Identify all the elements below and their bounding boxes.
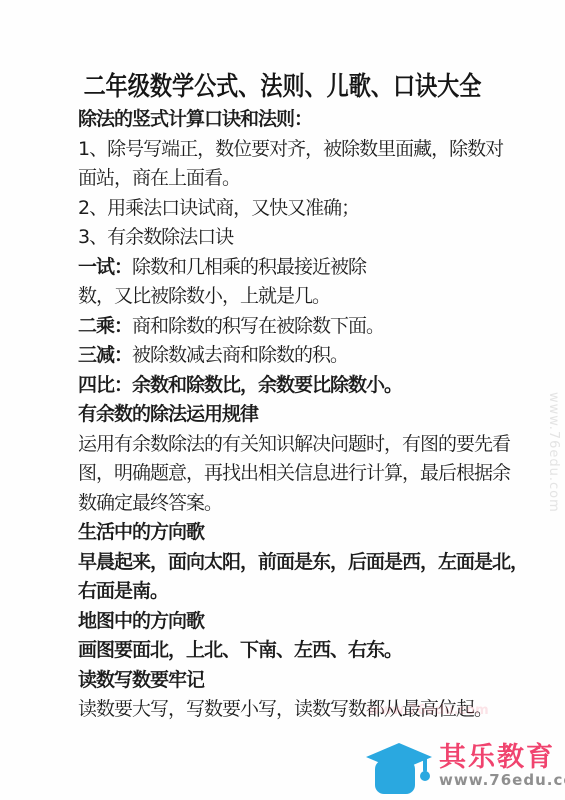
line-lead: 二乘：: [78, 315, 132, 337]
line-text: 数，又比被除数小，上就是几。: [78, 285, 330, 307]
text-line: 四比：余数和除数比，余数要比除数小。: [78, 371, 548, 401]
line-text: 数确定最终答案。: [78, 492, 222, 514]
text-line: 一试：除数和几相乘的积最接近被除: [78, 253, 548, 283]
line-text: 图，明确题意，再找出相关信息进行计算，最后根据余: [78, 462, 510, 484]
graduation-cap-icon: [363, 740, 435, 798]
line-text: 读数写数要牢记: [78, 669, 204, 691]
text-line: 生活中的方向歌: [78, 518, 548, 548]
text-line: 3、有余数除法口诀: [78, 223, 548, 253]
brand-text: 其乐教育 www.76edu.com: [439, 740, 565, 789]
text-line: 有余数的除法运用规律: [78, 400, 548, 430]
line-text: 3、有余数除法口诀: [78, 226, 233, 248]
page-title: 二年级数学公式、法则、儿歌、口诀大全: [42, 66, 522, 103]
side-watermark: www.76edu.com: [546, 392, 561, 513]
line-lead: 一试：: [78, 256, 132, 278]
line-text: 2、用乘法口诀试商，又快又准确；: [78, 197, 359, 219]
line-text: 四比：余数和除数比，余数要比除数小。: [78, 374, 402, 396]
text-line: 地图中的方向歌: [78, 607, 548, 637]
brand-name: 其乐教育: [439, 744, 565, 772]
line-text: 面站，商在上面看。: [78, 167, 240, 189]
line-text: 地图中的方向歌: [78, 610, 204, 632]
text-line: 除法的竖式计算口诀和法则：: [78, 105, 548, 135]
text-line: 运用有余数除法的有关知识解决问题时，有图的要先看: [78, 430, 548, 460]
line-text: 1、除号写端正，数位要对齐，被除数里面藏，除数对: [78, 138, 503, 160]
line-text: 商和除数的积写在被除数下面。: [132, 315, 384, 337]
text-line: 二乘：商和除数的积写在被除数下面。: [78, 312, 548, 342]
line-text: 除数和几相乘的积最接近被除: [132, 256, 366, 278]
line-lead: 三减：: [78, 344, 132, 366]
text-line: 面站，商在上面看。: [78, 164, 548, 194]
brand-logo: 其乐教育 www.76edu.com: [363, 740, 565, 798]
text-line: 三减：被除数减去商和除数的积。: [78, 341, 548, 371]
line-text: 除法的竖式计算口诀和法则：: [78, 108, 312, 130]
brand-url: www.76edu.com: [439, 772, 565, 789]
line-text: 右面是南。: [78, 580, 168, 602]
text-line: 早晨起来，面向太阳，前面是东，后面是西，左面是北，: [78, 548, 548, 578]
line-text: 画图要面北，上北、下南、左西、右东。: [78, 639, 402, 661]
line-text: 有余数的除法运用规律: [78, 403, 258, 425]
text-line: 数，又比被除数小，上就是几。: [78, 282, 548, 312]
faint-watermark: www.76edu.com: [368, 703, 489, 718]
document-body: 除法的竖式计算口诀和法则：1、除号写端正，数位要对齐，被除数里面藏，除数对面站，…: [78, 105, 548, 725]
text-line: 图，明确题意，再找出相关信息进行计算，最后根据余: [78, 459, 548, 489]
text-line: 右面是南。: [78, 577, 548, 607]
line-text: 早晨起来，面向太阳，前面是东，后面是西，左面是北，: [78, 551, 528, 573]
text-line: 2、用乘法口诀试商，又快又准确；: [78, 194, 548, 224]
line-text: 生活中的方向歌: [78, 521, 204, 543]
text-line: 读数写数要牢记: [78, 666, 548, 696]
text-line: 1、除号写端正，数位要对齐，被除数里面藏，除数对: [78, 135, 548, 165]
line-text: 被除数减去商和除数的积。: [132, 344, 348, 366]
text-line: 画图要面北，上北、下南、左西、右东。: [78, 636, 548, 666]
document-page: 二年级数学公式、法则、儿歌、口诀大全 除法的竖式计算口诀和法则：1、除号写端正，…: [0, 0, 565, 800]
text-line: 数确定最终答案。: [78, 489, 548, 519]
line-text: 运用有余数除法的有关知识解决问题时，有图的要先看: [78, 433, 510, 455]
